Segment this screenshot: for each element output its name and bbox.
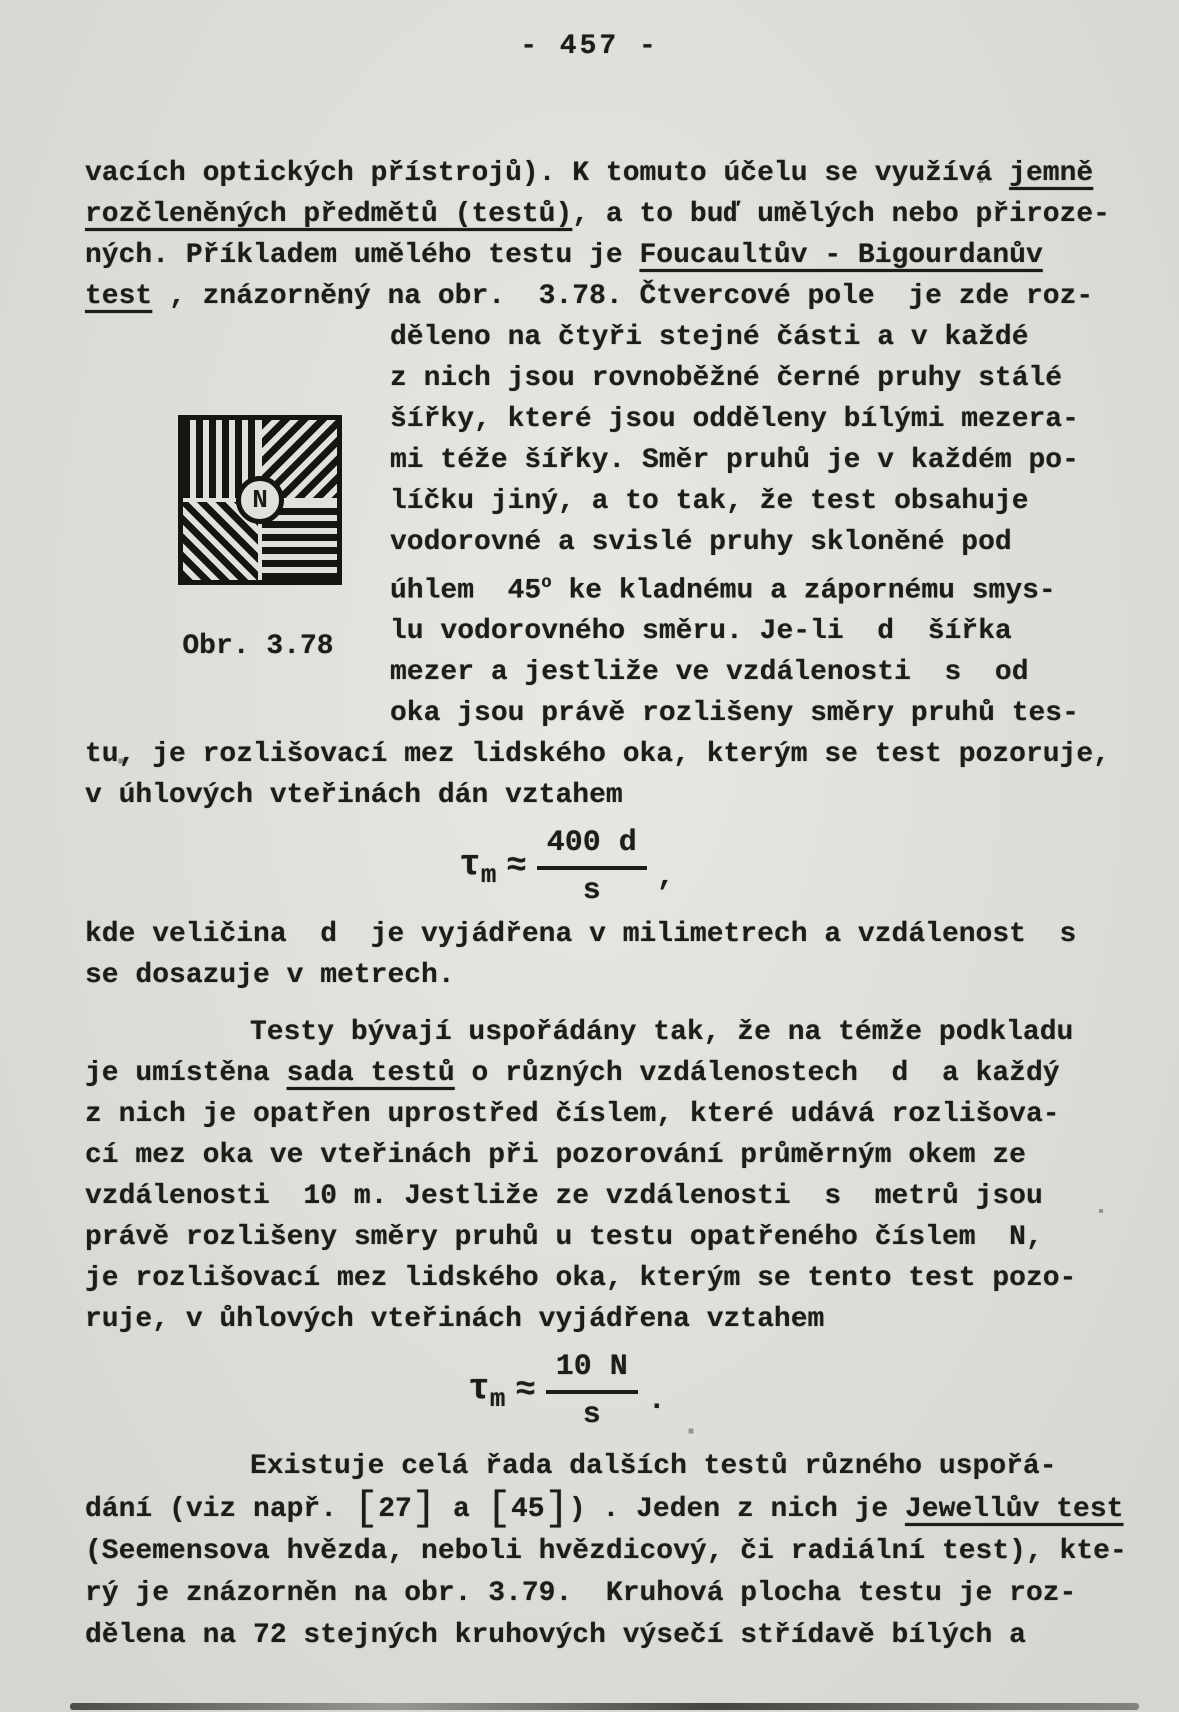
text-line: dělena na 72 stejných kruhových výsečí s… <box>85 1615 1129 1657</box>
text-line: vacích optických přístrojů). K tomuto úč… <box>85 153 1129 194</box>
text-line: test , znázorněný na obr. 3.78. Čtvercov… <box>85 276 1129 317</box>
scanned-document-page: - 457 - vacích optických přístrojů). K t… <box>0 0 1179 1712</box>
underlined-term: Jewellův test <box>905 1494 1123 1525</box>
page-content: vacích optických přístrojů). K tomuto úč… <box>0 153 1179 1657</box>
fraction-denominator: s <box>537 870 647 908</box>
formula-punctuation: . <box>648 1384 666 1432</box>
text-line: líčku jiný, a to tak, že test obsahuje <box>390 481 1129 522</box>
formula-tau-10N: τm ≈ 10 Ns . <box>85 1350 1049 1432</box>
text-segment: úhlem 45 <box>390 575 541 606</box>
figure-center-label: N <box>252 485 268 515</box>
text-segment: , a to buď umělých nebo přiroze- <box>572 199 1110 230</box>
text-line: šířky, které jsou odděleny bílými mezera… <box>390 399 1129 440</box>
text-line: je rozlišovací mez lidského oka, kterým … <box>85 1258 1129 1299</box>
text-line: mi téže šířky. Směr pruhů je v každém po… <box>390 440 1129 481</box>
wrapped-text-column: děleno na čtyři stejné části a v každé z… <box>390 317 1129 734</box>
fraction: 10 Ns <box>546 1350 638 1432</box>
fraction-numerator: 10 N <box>546 1350 638 1394</box>
tau-glyph: τ <box>468 1368 490 1409</box>
text-line: děleno na čtyři stejné části a v každé <box>390 317 1129 358</box>
text-segment: je umístěna <box>85 1058 287 1089</box>
reference-number: 45 <box>511 1494 545 1525</box>
fraction-numerator: 400 d <box>537 826 647 870</box>
text-segment: ných. Příkladem umělého testu je <box>85 240 640 271</box>
reference-bracket-open: [ <box>354 1486 378 1532</box>
reference-bracket-close: ] <box>545 1486 569 1532</box>
paragraph-testy: Testy bývají uspořádány tak, že na témže… <box>85 1012 1129 1340</box>
figure-foucault-bigourdan-test: N <box>178 415 342 585</box>
fraction-denominator: s <box>546 1394 638 1432</box>
figure-and-wrapped-text: N Obr. 3.78 děleno na čtyři stejné části… <box>85 317 1129 734</box>
formula-punctuation: , <box>657 860 675 908</box>
text-segment: dání (viz např. <box>85 1494 354 1525</box>
text-segment: vacích optických přístrojů). K tomuto úč… <box>85 158 1009 189</box>
text-line: tu, je rozlišovací mez lidského oka, kte… <box>85 734 1129 775</box>
text-line: Testy bývají uspořádány tak, že na témže… <box>85 1012 1129 1053</box>
text-line: z nich jsou rovnoběžné černé pruhy stálé <box>390 358 1129 399</box>
approx-sign: ≈ <box>515 1372 535 1410</box>
text-line: cí mez oka ve vteřinách při pozorování p… <box>85 1135 1129 1176</box>
fraction: 400 ds <box>537 826 647 908</box>
text-line: vzdálenosti 10 m. Jestliže ze vzdálenost… <box>85 1176 1129 1217</box>
text-line: právě rozlišeny směry pruhů u testu opat… <box>85 1217 1129 1258</box>
text-segment: ke kladnému a zápornému smys- <box>552 575 1056 606</box>
reference-bracket-open: [ <box>487 1486 511 1532</box>
text-line: mezer a jestliže ve vzdálenosti s od <box>390 652 1129 693</box>
text-line: je umístěna sada testů o různých vzdálen… <box>85 1053 1129 1094</box>
text-line: lu vodorovného směru. Je-li d šířka <box>390 611 1129 652</box>
underlined-term: sada testů <box>287 1058 455 1089</box>
degree-superscript: o <box>541 574 551 593</box>
approx-sign: ≈ <box>506 848 526 886</box>
underlined-term: Foucaultův - Bigourdanův <box>640 240 1043 271</box>
text-line: rozčleněných předmětů (testů), a to buď … <box>85 194 1129 235</box>
text-line: rý je znázorněn na obr. 3.79. Kruhová pl… <box>85 1573 1129 1615</box>
page-number: - 457 - <box>0 0 1179 67</box>
text-line: úhlem 45o ke kladnému a zápornému smys- <box>390 563 1129 611</box>
text-line: se dosazuje v metrech. <box>85 955 1129 996</box>
text-line: oka jsou právě rozlišeny směry pruhů tes… <box>390 693 1129 734</box>
paper-specks <box>0 0 2 2</box>
reference-bracket-close: ] <box>412 1486 436 1532</box>
tau-symbol: τm <box>459 844 496 890</box>
text-line: (Seemensova hvězda, neboli hvězdicový, č… <box>85 1531 1129 1573</box>
text-line: ruje, v ůhlových vteřinách vyjádřena vzt… <box>85 1299 1129 1340</box>
figure-column: N Obr. 3.78 <box>85 317 390 662</box>
text-line: v úhlových vteřinách dán vztahem <box>85 775 1129 816</box>
text-segment: a <box>436 1494 486 1525</box>
tau-glyph: τ <box>459 844 481 885</box>
paragraph-continuation: tu, je rozlišovací mez lidského oka, kte… <box>85 734 1129 816</box>
underlined-term: jemně <box>1009 158 1093 189</box>
figure-caption: Obr. 3.78 <box>163 631 353 662</box>
tau-symbol: τm <box>468 1368 505 1414</box>
paragraph-kde: kde veličina d je vyjádřena v milimetrec… <box>85 914 1129 996</box>
underlined-term: test <box>85 281 152 312</box>
figure-center-circle: N <box>236 476 284 524</box>
text-line: z nich je opatřen uprostřed číslem, kter… <box>85 1094 1129 1135</box>
underlined-term: rozčleněných předmětů (testů) <box>85 199 572 230</box>
text-segment: ) . Jeden z nich je <box>569 1494 905 1525</box>
scan-edge-artifact <box>70 1703 1139 1710</box>
paragraph-existuje: Existuje celá řada dalších testů různého… <box>85 1446 1129 1657</box>
text-line: ných. Příkladem umělého testu je Foucaul… <box>85 235 1129 276</box>
text-segment: , znázorněný na obr. 3.78. Čtvercové pol… <box>152 281 1093 312</box>
paragraph-intro: vacích optických přístrojů). K tomuto úč… <box>85 153 1129 317</box>
text-line: kde veličina d je vyjádřena v milimetrec… <box>85 914 1129 955</box>
text-line: vodorovné a svislé pruhy skloněné pod <box>390 522 1129 563</box>
reference-number: 27 <box>378 1494 412 1525</box>
formula-tau-400d: τm ≈ 400 ds , <box>85 826 1049 908</box>
tau-subscript: m <box>490 1384 506 1414</box>
text-line: Existuje celá řada dalších testů různého… <box>85 1446 1129 1488</box>
text-segment: o různých vzdálenostech d a každý <box>455 1058 1060 1089</box>
tau-subscript: m <box>481 860 497 890</box>
text-line: dání (viz např. [27] a [45]) . Jeden z n… <box>85 1488 1129 1531</box>
